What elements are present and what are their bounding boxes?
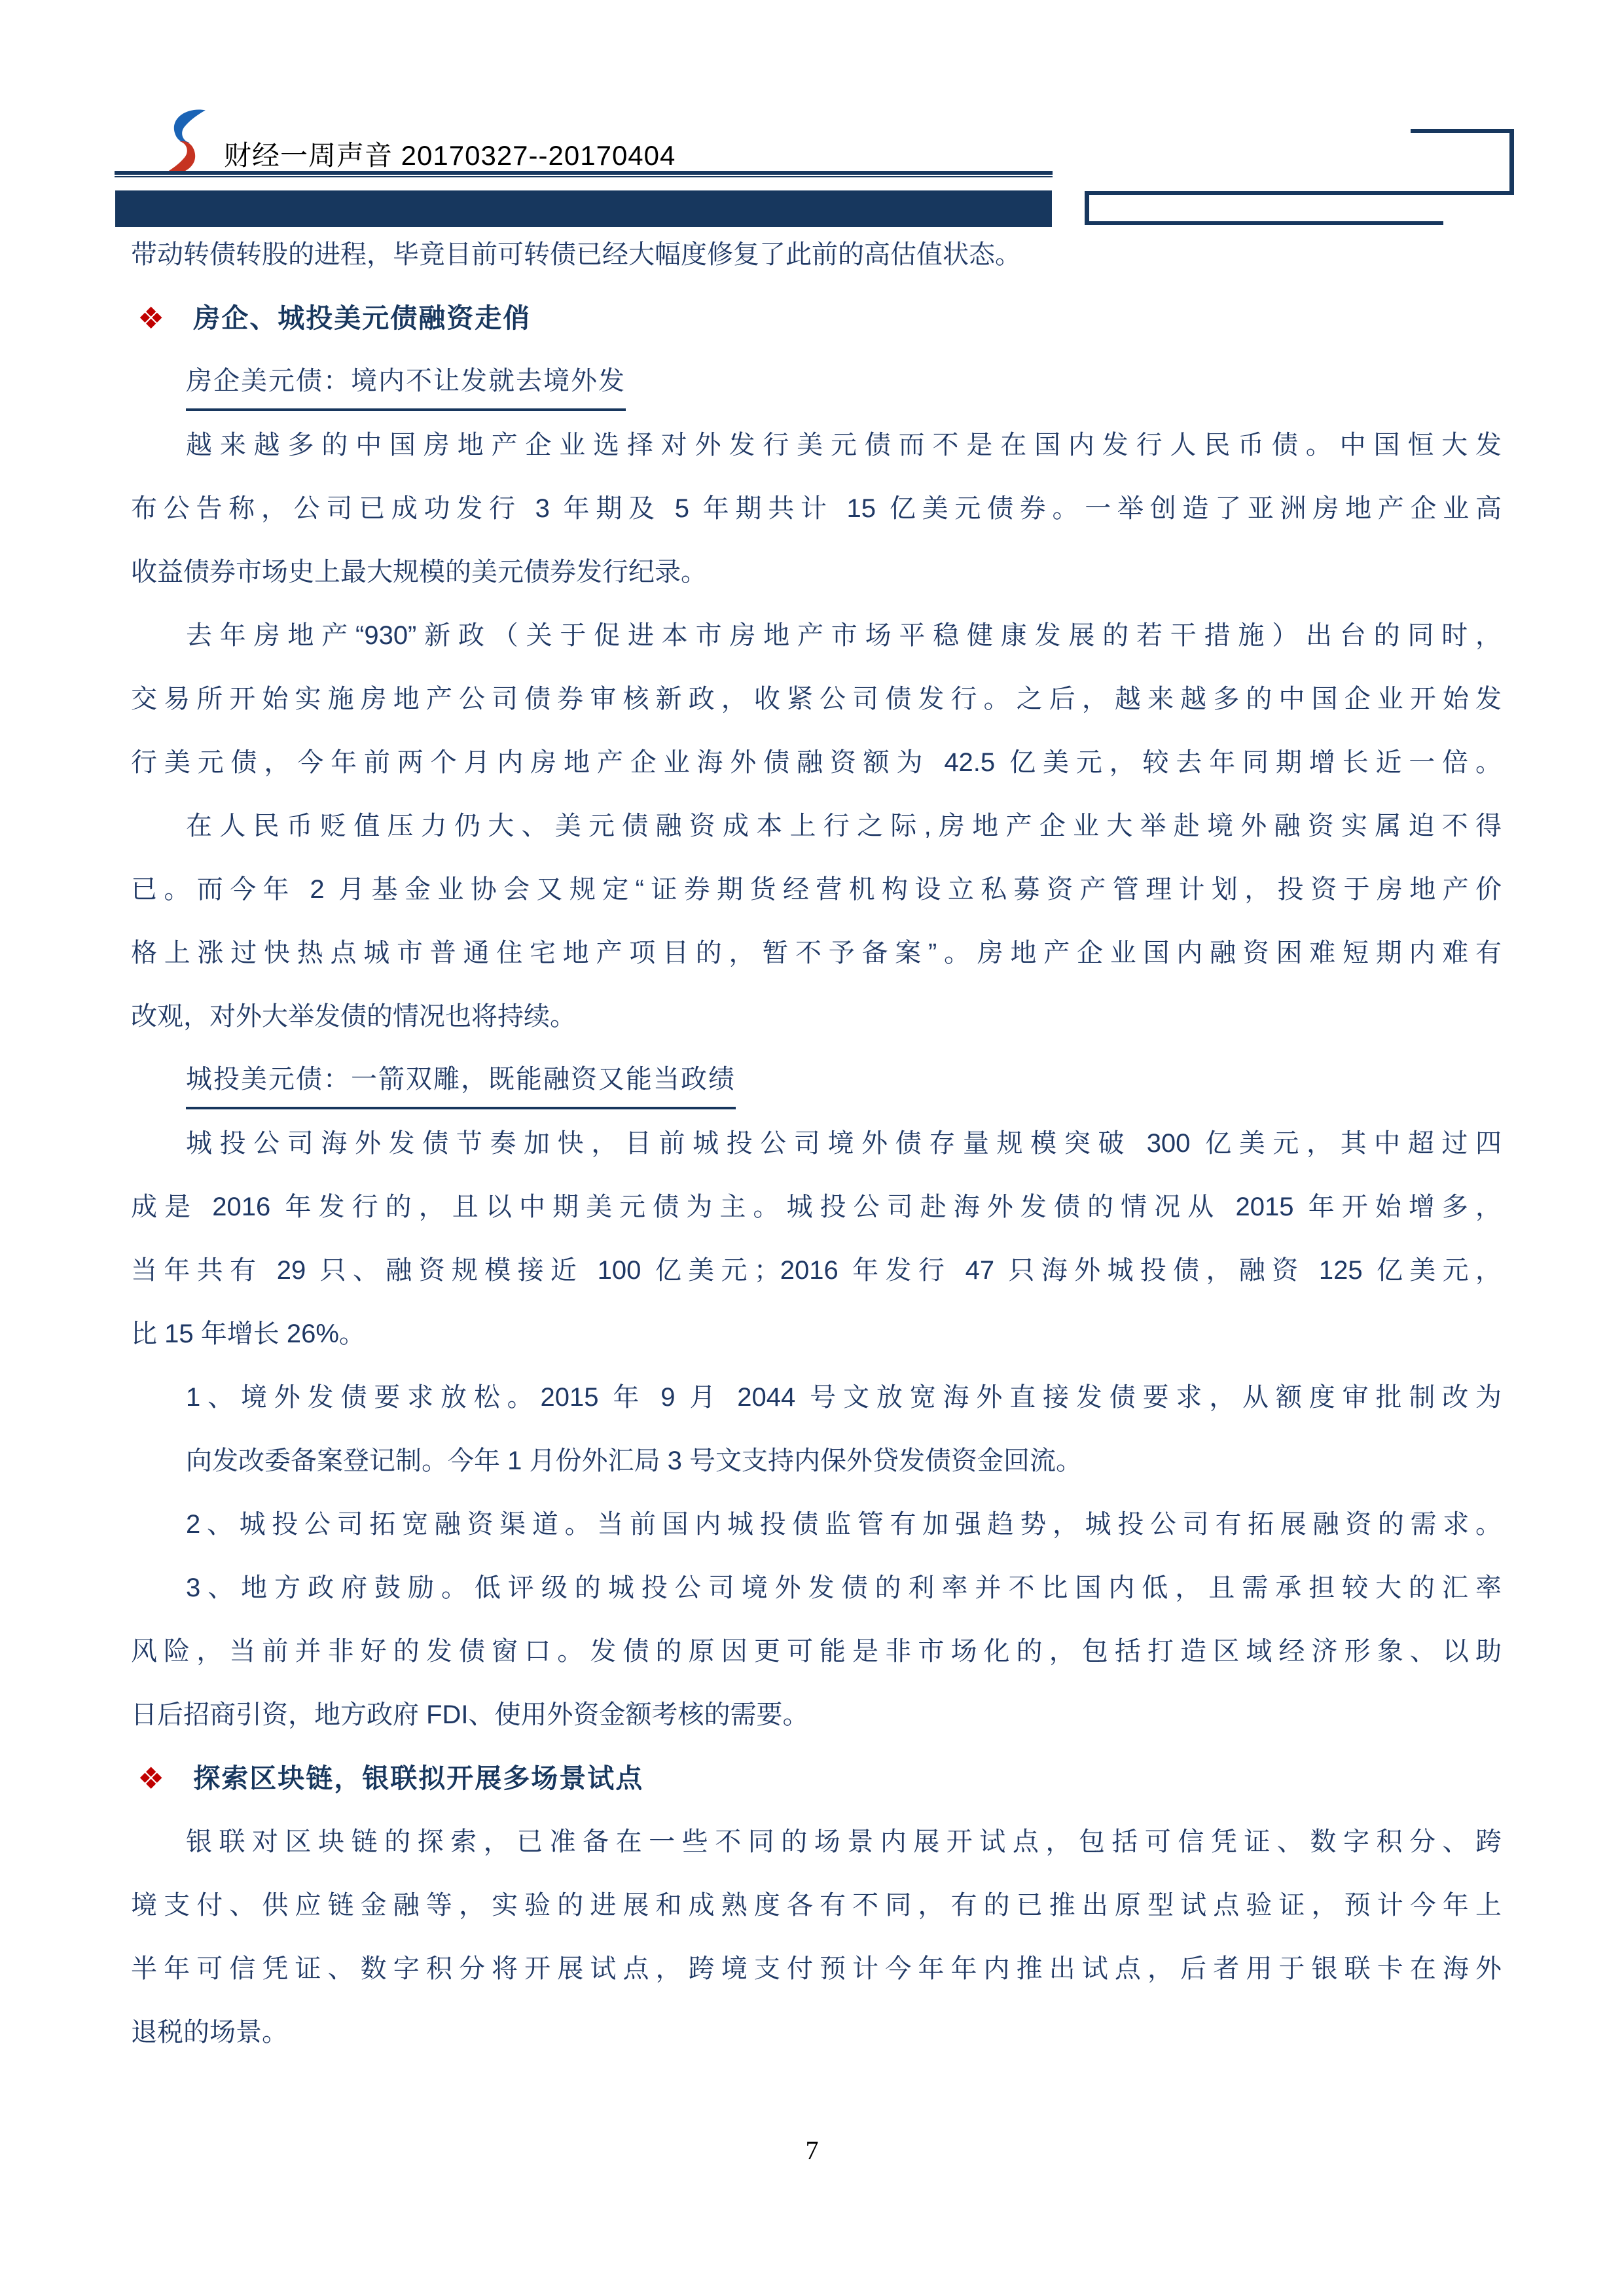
paragraph-line: 改观，对外大举发债的情况也将持续。 — [131, 985, 1502, 1049]
document-body: 带动转债转股的进程，毕竟目前可转债已经大幅度修复了此前的高估值状态。 ❖房企、城… — [131, 223, 1502, 2064]
paragraph-line: 收益债券市场史上最大规模的美元债券发行纪录。 — [131, 541, 1502, 604]
banner-bar — [115, 190, 1052, 227]
section-heading-text: 房企、城投美元债融资走俏 — [193, 287, 531, 350]
paragraph-line: 城投公司海外发债节奏加快，目前城投公司境外债存量规模突破 300 亿美元，其中超… — [131, 1112, 1502, 1175]
paragraph-line: 布公告称，公司已成功发行 3 年期及 5 年期共计 15 亿美元债券。一举创造了… — [131, 477, 1502, 541]
paragraph-line: 已。而今年 2 月基金业协会又规定“证券期货经营机构设立私募资产管理计划，投资于… — [131, 858, 1502, 922]
paragraph-line: 1、境外发债要求放松。2015 年 9 月 2044 号文放宽海外直接发债要求，… — [131, 1366, 1502, 1429]
paragraph-line: 日后招商引资，地方政府 FDI、使用外资金额考核的需要。 — [131, 1683, 1502, 1747]
paragraph-line: 风险，当前并非好的发债窗口。发债的原因更可能是非市场化的，包括打造区域经济形象、… — [131, 1620, 1502, 1683]
diamond-bullet-icon: ❖ — [131, 287, 164, 350]
decorative-box-top — [1411, 129, 1514, 194]
paragraph-line: 当年共有 29 只、融资规模接近 100 亿美元；2016 年发行 47 只海外… — [131, 1239, 1502, 1302]
paragraph-line: 越来越多的中国房地产企业选择对外发行美元债而不是在国内发行人民币债。中国恒大发 — [131, 414, 1502, 477]
paragraph-line: 格上涨过快热点城市普通住宅地产项目的，暂不予备案”。房地产企业国内融资困难短期内… — [131, 922, 1502, 985]
paragraph-line: 3、地方政府鼓励。低评级的城投公司境外发债的利率并不比国内低，且需承担较大的汇率 — [131, 1556, 1502, 1620]
paragraph-line: 带动转债转股的进程，毕竟目前可转债已经大幅度修复了此前的高估值状态。 — [131, 223, 1502, 287]
subheading-text: 城投美元债：一箭双雕，既能融资又能当政绩 — [186, 1053, 736, 1109]
paragraph-line: 交易所开始实施房地产公司债券审核新政，收紧公司债发行。之后，越来越多的中国企业开… — [131, 668, 1502, 731]
s-swoosh-logo-icon — [157, 108, 212, 176]
paragraph-line: 比 15 年增长 26%。 — [131, 1302, 1502, 1366]
paragraph-line: 行美元债，今年前两个月内房地产企业海外债融资额为 42.5 亿美元，较去年同期增… — [131, 731, 1502, 795]
paragraph-line: 半年可信凭证、数字积分将开展试点，跨境支付预计今年年内推出试点，后者用于银联卡在… — [131, 1937, 1502, 2001]
decorative-box-bottom — [1085, 195, 1443, 225]
report-page: 财经一周声音 20170327--20170404 带动转债转股的进程，毕竟目前… — [0, 0, 1624, 2296]
paragraph-line: 2、城投公司拓宽融资渠道。当前国内城投债监管有加强趋势，城投公司有拓展融资的需求… — [131, 1493, 1502, 1556]
subheading: 房企美元债：境内不让发就去境外发 — [131, 350, 1502, 414]
paragraph-line: 成是 2016 年发行的，且以中期美元债为主。城投公司赴海外发债的情况从 201… — [131, 1175, 1502, 1239]
paragraph-line: 退税的场景。 — [131, 2001, 1502, 2064]
paragraph-line: 在人民币贬值压力仍大、美元债融资成本上行之际,房地产企业大举赴境外融资实属迫不得 — [131, 795, 1502, 858]
paragraph-line: 向发改委备案登记制。今年 1 月份外汇局 3 号文支持内保外贷发债资金回流。 — [131, 1429, 1502, 1493]
paragraph-line: 境支付、供应链金融等，实验的进展和成熟度各有不同，有的已推出原型试点验证，预计今… — [131, 1874, 1502, 1937]
section-heading: ❖探索区块链，银联拟开展多场景试点 — [131, 1747, 1502, 1810]
header-divider — [115, 171, 1053, 177]
subheading-text: 房企美元债：境内不让发就去境外发 — [186, 355, 626, 411]
section-heading-text: 探索区块链，银联拟开展多场景试点 — [193, 1747, 643, 1810]
paragraph-line: 银联对区块链的探索，已准备在一些不同的场景内展开试点，包括可信凭证、数字积分、跨 — [131, 1810, 1502, 1874]
page-number: 7 — [0, 2135, 1624, 2166]
section-heading: ❖房企、城投美元债融资走俏 — [131, 287, 1502, 350]
subheading: 城投美元债：一箭双雕，既能融资又能当政绩 — [131, 1049, 1502, 1112]
report-title: 财经一周声音 20170327--20170404 — [224, 134, 676, 173]
paragraph-line: 去年房地产“930”新政（关于促进本市房地产市场平稳健康发展的若干措施）出台的同… — [131, 604, 1502, 668]
diamond-bullet-icon: ❖ — [131, 1747, 164, 1810]
